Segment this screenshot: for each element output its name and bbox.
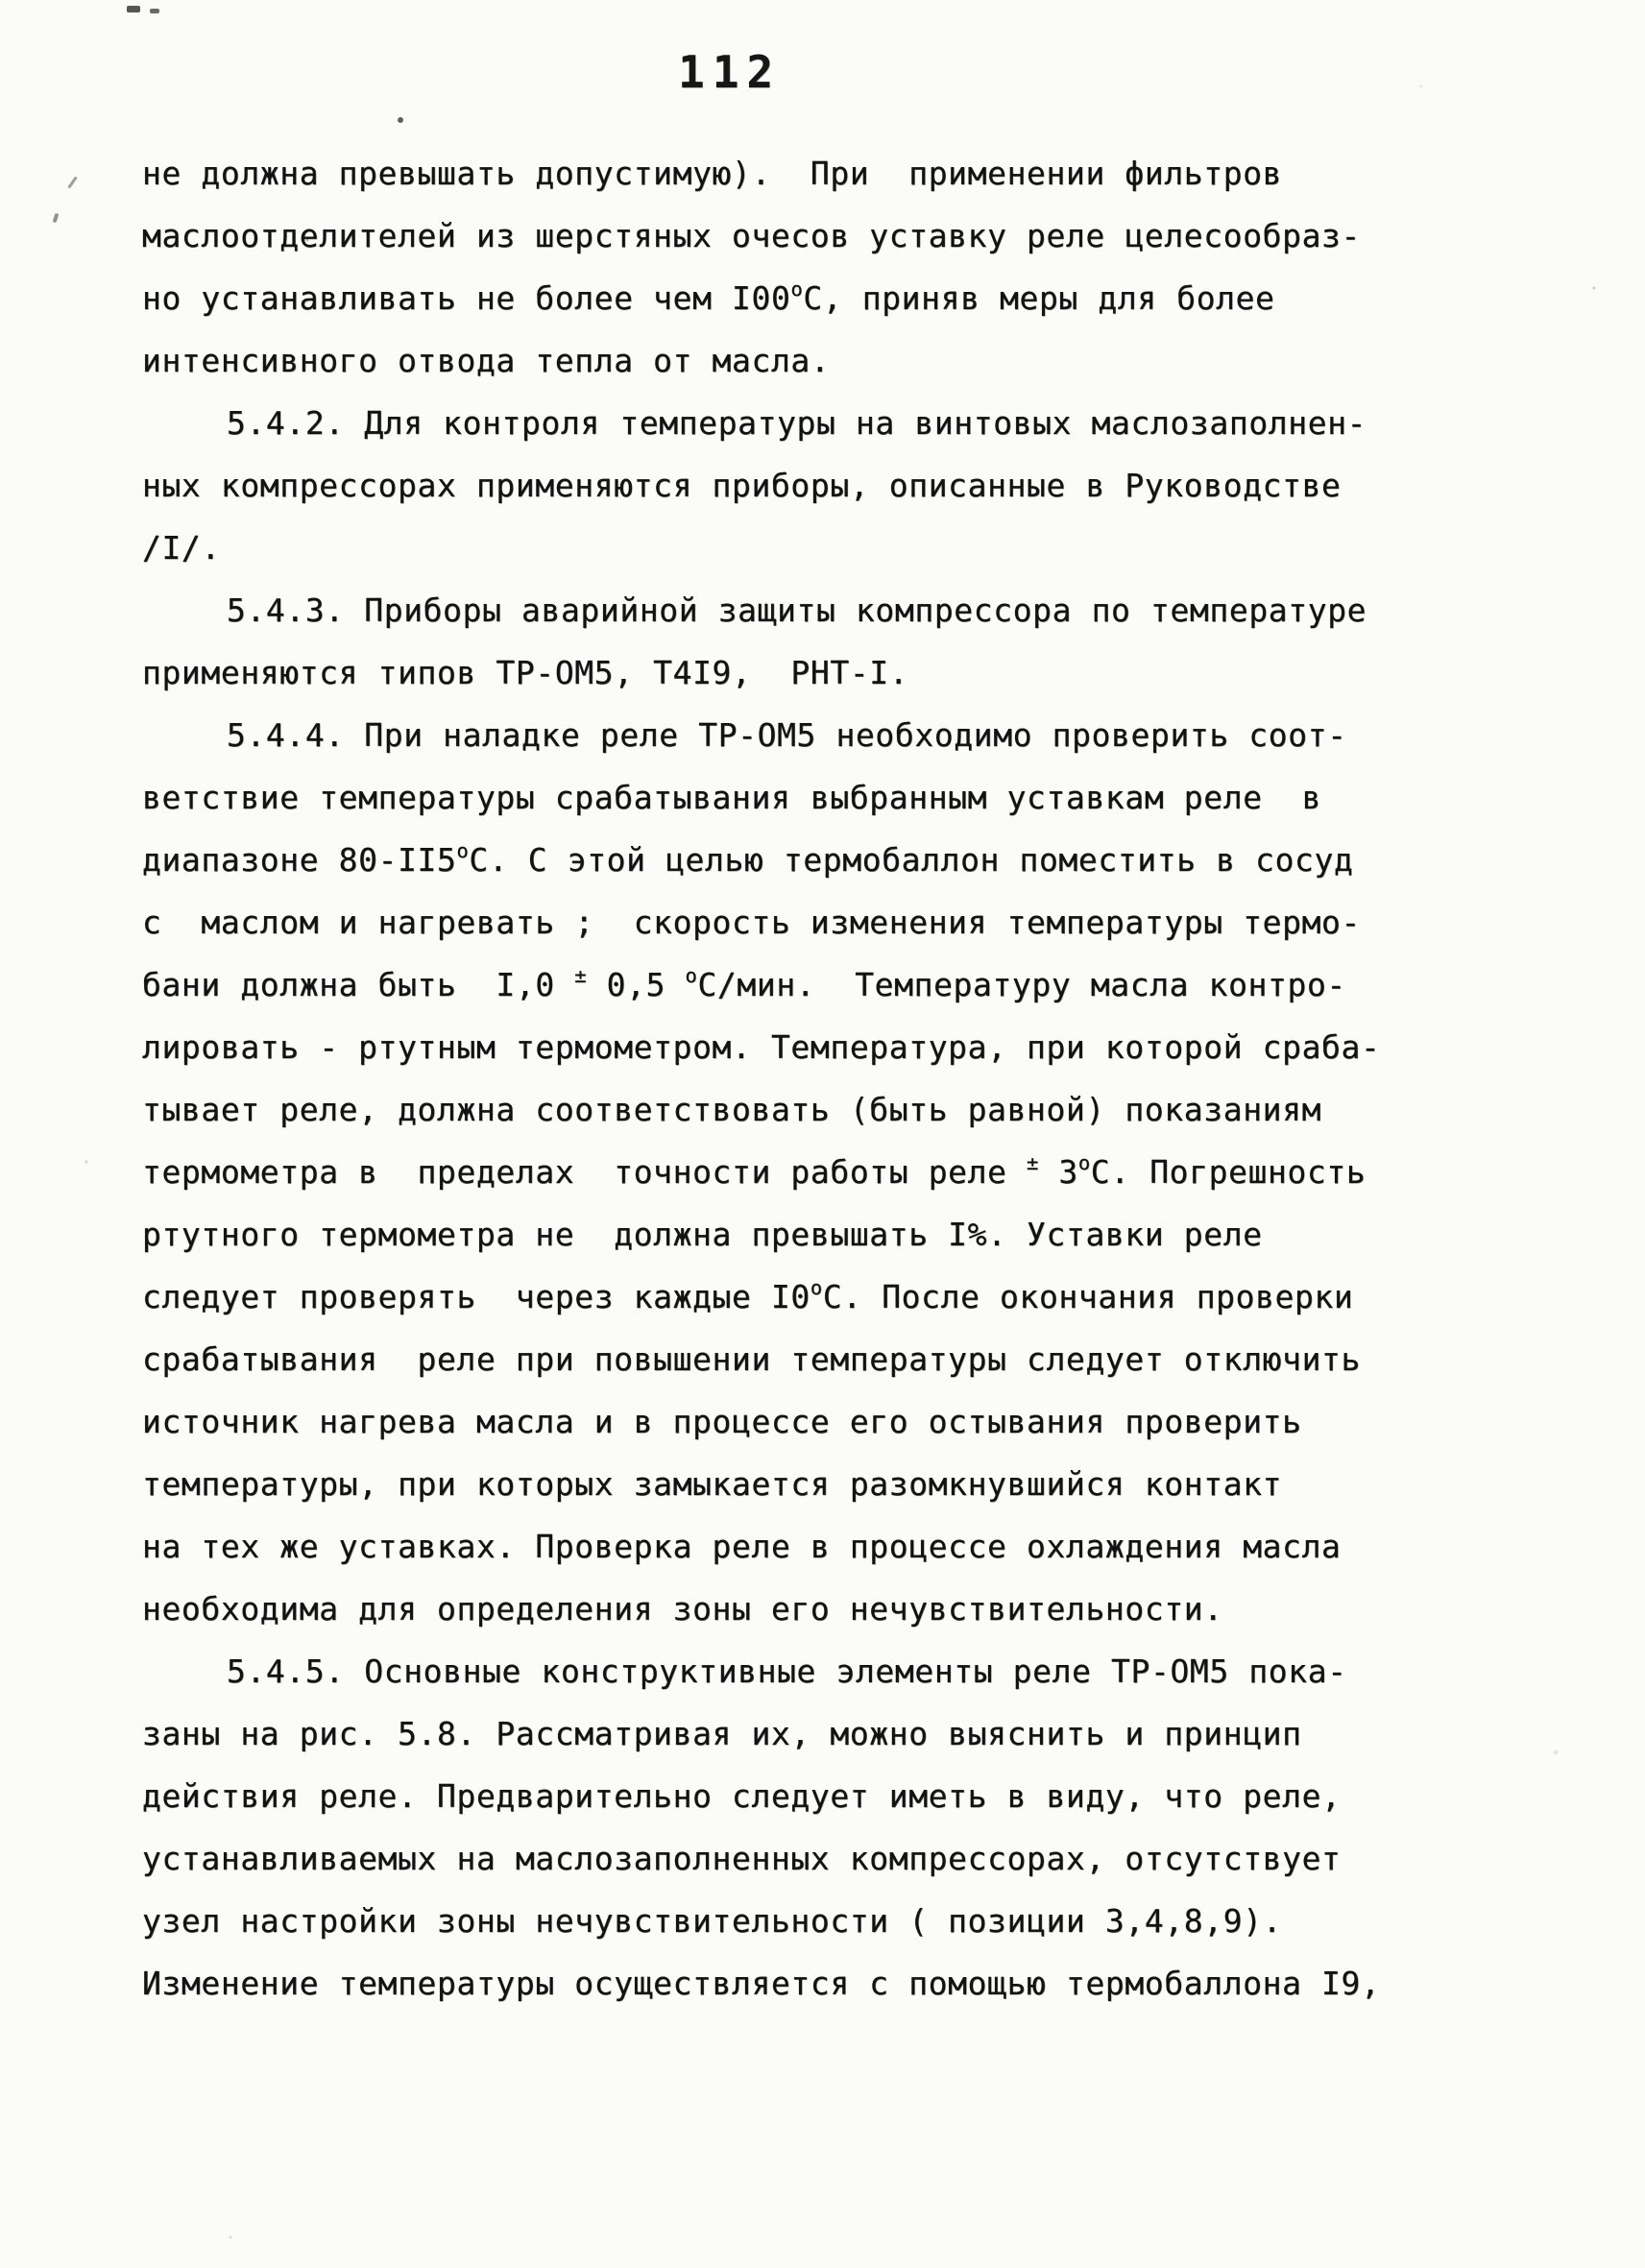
- line-text: 5.4.5. Основные конструктивные элементы …: [227, 1653, 1347, 1690]
- line-text: ветствие температуры срабатывания выбран…: [142, 779, 1321, 816]
- line-text: /I/.: [142, 529, 221, 567]
- text-block: не должна превышать допустимую). При при…: [142, 142, 1544, 2015]
- text-line: диапазоне 80-II5оС. С этой целью термоба…: [142, 829, 1544, 891]
- text-line: на тех же уставках. Проверка реле в проц…: [142, 1515, 1544, 1578]
- text-line: 5.4.3. Приборы аварийной защиты компресс…: [142, 579, 1544, 641]
- line-text: устанавливаемых на маслозаполненных комп…: [142, 1840, 1342, 1877]
- line-text: интенсивного отвода тепла от масла.: [142, 342, 830, 379]
- line-text: тывает реле, должна соответствовать (быт…: [142, 1091, 1321, 1128]
- text-line: термометра в пределах точности работы ре…: [142, 1141, 1544, 1203]
- line-text: маслоотделителей из шерстяных очесов уст…: [142, 217, 1361, 254]
- scan-speck: [150, 9, 159, 13]
- line-text: срабатывания реле при повышении температ…: [142, 1340, 1361, 1378]
- text-line: ртутного термометра не должна превышать …: [142, 1203, 1544, 1266]
- line-text: но устанавливать не более чем I00: [142, 279, 790, 317]
- text-line: но устанавливать не более чем I00оС, при…: [142, 267, 1544, 329]
- text-line: ветствие температуры срабатывания выбран…: [142, 766, 1544, 829]
- line-text: с маслом и нагревать ; скорость изменени…: [142, 904, 1361, 941]
- line-text: источник нагрева масла и в процессе его …: [142, 1403, 1302, 1440]
- text-line: не должна превышать допустимую). При при…: [142, 142, 1544, 205]
- line-text: Изменение температуры осуществляется с п…: [142, 1965, 1380, 2002]
- line-text: 5.4.3. Приборы аварийной защиты компресс…: [227, 591, 1367, 629]
- line-text: С. С этой целью термобаллон поместить в …: [469, 841, 1353, 879]
- line-text: С. Погрешность: [1091, 1153, 1367, 1191]
- superscript-text: ±: [1027, 1151, 1039, 1174]
- text-line: /I/.: [142, 517, 1544, 579]
- line-text: бани должна быть I,0: [142, 966, 574, 1003]
- text-line: тывает реле, должна соответствовать (быт…: [142, 1078, 1544, 1141]
- scanned-document-page: 112 не должна превышать допустимую). При…: [0, 0, 1645, 2268]
- line-text: ных компрессорах применяются приборы, оп…: [142, 467, 1342, 504]
- line-text: ртутного термометра не должна превышать …: [142, 1216, 1263, 1253]
- line-text: узел настройки зоны нечувствительности (…: [142, 1902, 1282, 1940]
- line-text: применяются типов ТР-ОМ5, Т4I9, РНТ-I.: [142, 654, 908, 691]
- line-text: С/мин. Температуру масла контро-: [697, 966, 1345, 1003]
- line-text: 5.4.2. Для контроля температуры на винто…: [227, 404, 1367, 442]
- superscript-text: о: [1078, 1151, 1091, 1174]
- scan-speck: [398, 117, 403, 123]
- text-line: действия реле. Предварительно следует им…: [142, 1765, 1544, 1827]
- text-line: бани должна быть I,0 ± 0,5 оС/мин. Темпе…: [142, 953, 1544, 1016]
- line-text: 0,5: [587, 966, 685, 1003]
- text-line: устанавливаемых на маслозаполненных комп…: [142, 1827, 1544, 1890]
- text-line: 5.4.4. При наладке реле ТР-ОМ5 необходим…: [142, 704, 1544, 766]
- text-line: ных компрессорах применяются приборы, оп…: [142, 454, 1544, 517]
- line-text: С. После окончания проверки: [823, 1278, 1354, 1315]
- line-text: лировать - ртутным термометром. Температ…: [142, 1028, 1380, 1066]
- scan-speck: [67, 176, 77, 188]
- scan-speck: [53, 213, 60, 224]
- superscript-text: о: [790, 277, 803, 301]
- text-line: источник нагрева масла и в процессе его …: [142, 1390, 1544, 1453]
- text-line: заны на рис. 5.8. Рассматривая их, можно…: [142, 1702, 1544, 1765]
- text-line: срабатывания реле при повышении температ…: [142, 1328, 1544, 1390]
- scan-speck: [127, 6, 140, 12]
- text-line: лировать - ртутным термометром. Температ…: [142, 1016, 1544, 1078]
- line-text: температуры, при которых замыкается разо…: [142, 1465, 1282, 1503]
- superscript-text: ±: [574, 964, 587, 987]
- line-text: действия реле. Предварительно следует им…: [142, 1777, 1342, 1815]
- text-line: следует проверять через каждые I0оС. Пос…: [142, 1266, 1544, 1328]
- text-line: температуры, при которых замыкается разо…: [142, 1453, 1544, 1515]
- line-text: термометра в пределах точности работы ре…: [142, 1153, 1027, 1191]
- line-text: диапазоне 80-II5: [142, 841, 456, 879]
- line-text: 3: [1039, 1153, 1078, 1191]
- page-number: 112: [678, 46, 781, 98]
- text-line: 5.4.2. Для контроля температуры на винто…: [142, 392, 1544, 454]
- superscript-text: о: [686, 964, 698, 987]
- text-line: Изменение температуры осуществляется с п…: [142, 1952, 1544, 2015]
- superscript-text: о: [810, 1276, 823, 1299]
- text-line: 5.4.5. Основные конструктивные элементы …: [142, 1640, 1544, 1702]
- text-line: с маслом и нагревать ; скорость изменени…: [142, 891, 1544, 953]
- text-line: узел настройки зоны нечувствительности (…: [142, 1890, 1544, 1952]
- text-line: необходима для определения зоны его нечу…: [142, 1578, 1544, 1640]
- line-text: на тех же уставках. Проверка реле в проц…: [142, 1528, 1342, 1565]
- text-line: маслоотделителей из шерстяных очесов уст…: [142, 205, 1544, 267]
- text-line: применяются типов ТР-ОМ5, Т4I9, РНТ-I.: [142, 641, 1544, 704]
- line-text: следует проверять через каждые I0: [142, 1278, 810, 1315]
- line-text: необходима для определения зоны его нечу…: [142, 1590, 1223, 1628]
- text-line: интенсивного отвода тепла от масла.: [142, 329, 1544, 392]
- superscript-text: о: [456, 839, 469, 862]
- line-text: 5.4.4. При наладке реле ТР-ОМ5 необходим…: [227, 716, 1347, 754]
- line-text: не должна превышать допустимую). При при…: [142, 155, 1282, 192]
- line-text: С, приняв меры для более: [803, 279, 1274, 317]
- line-text: заны на рис. 5.8. Рассматривая их, можно…: [142, 1715, 1302, 1752]
